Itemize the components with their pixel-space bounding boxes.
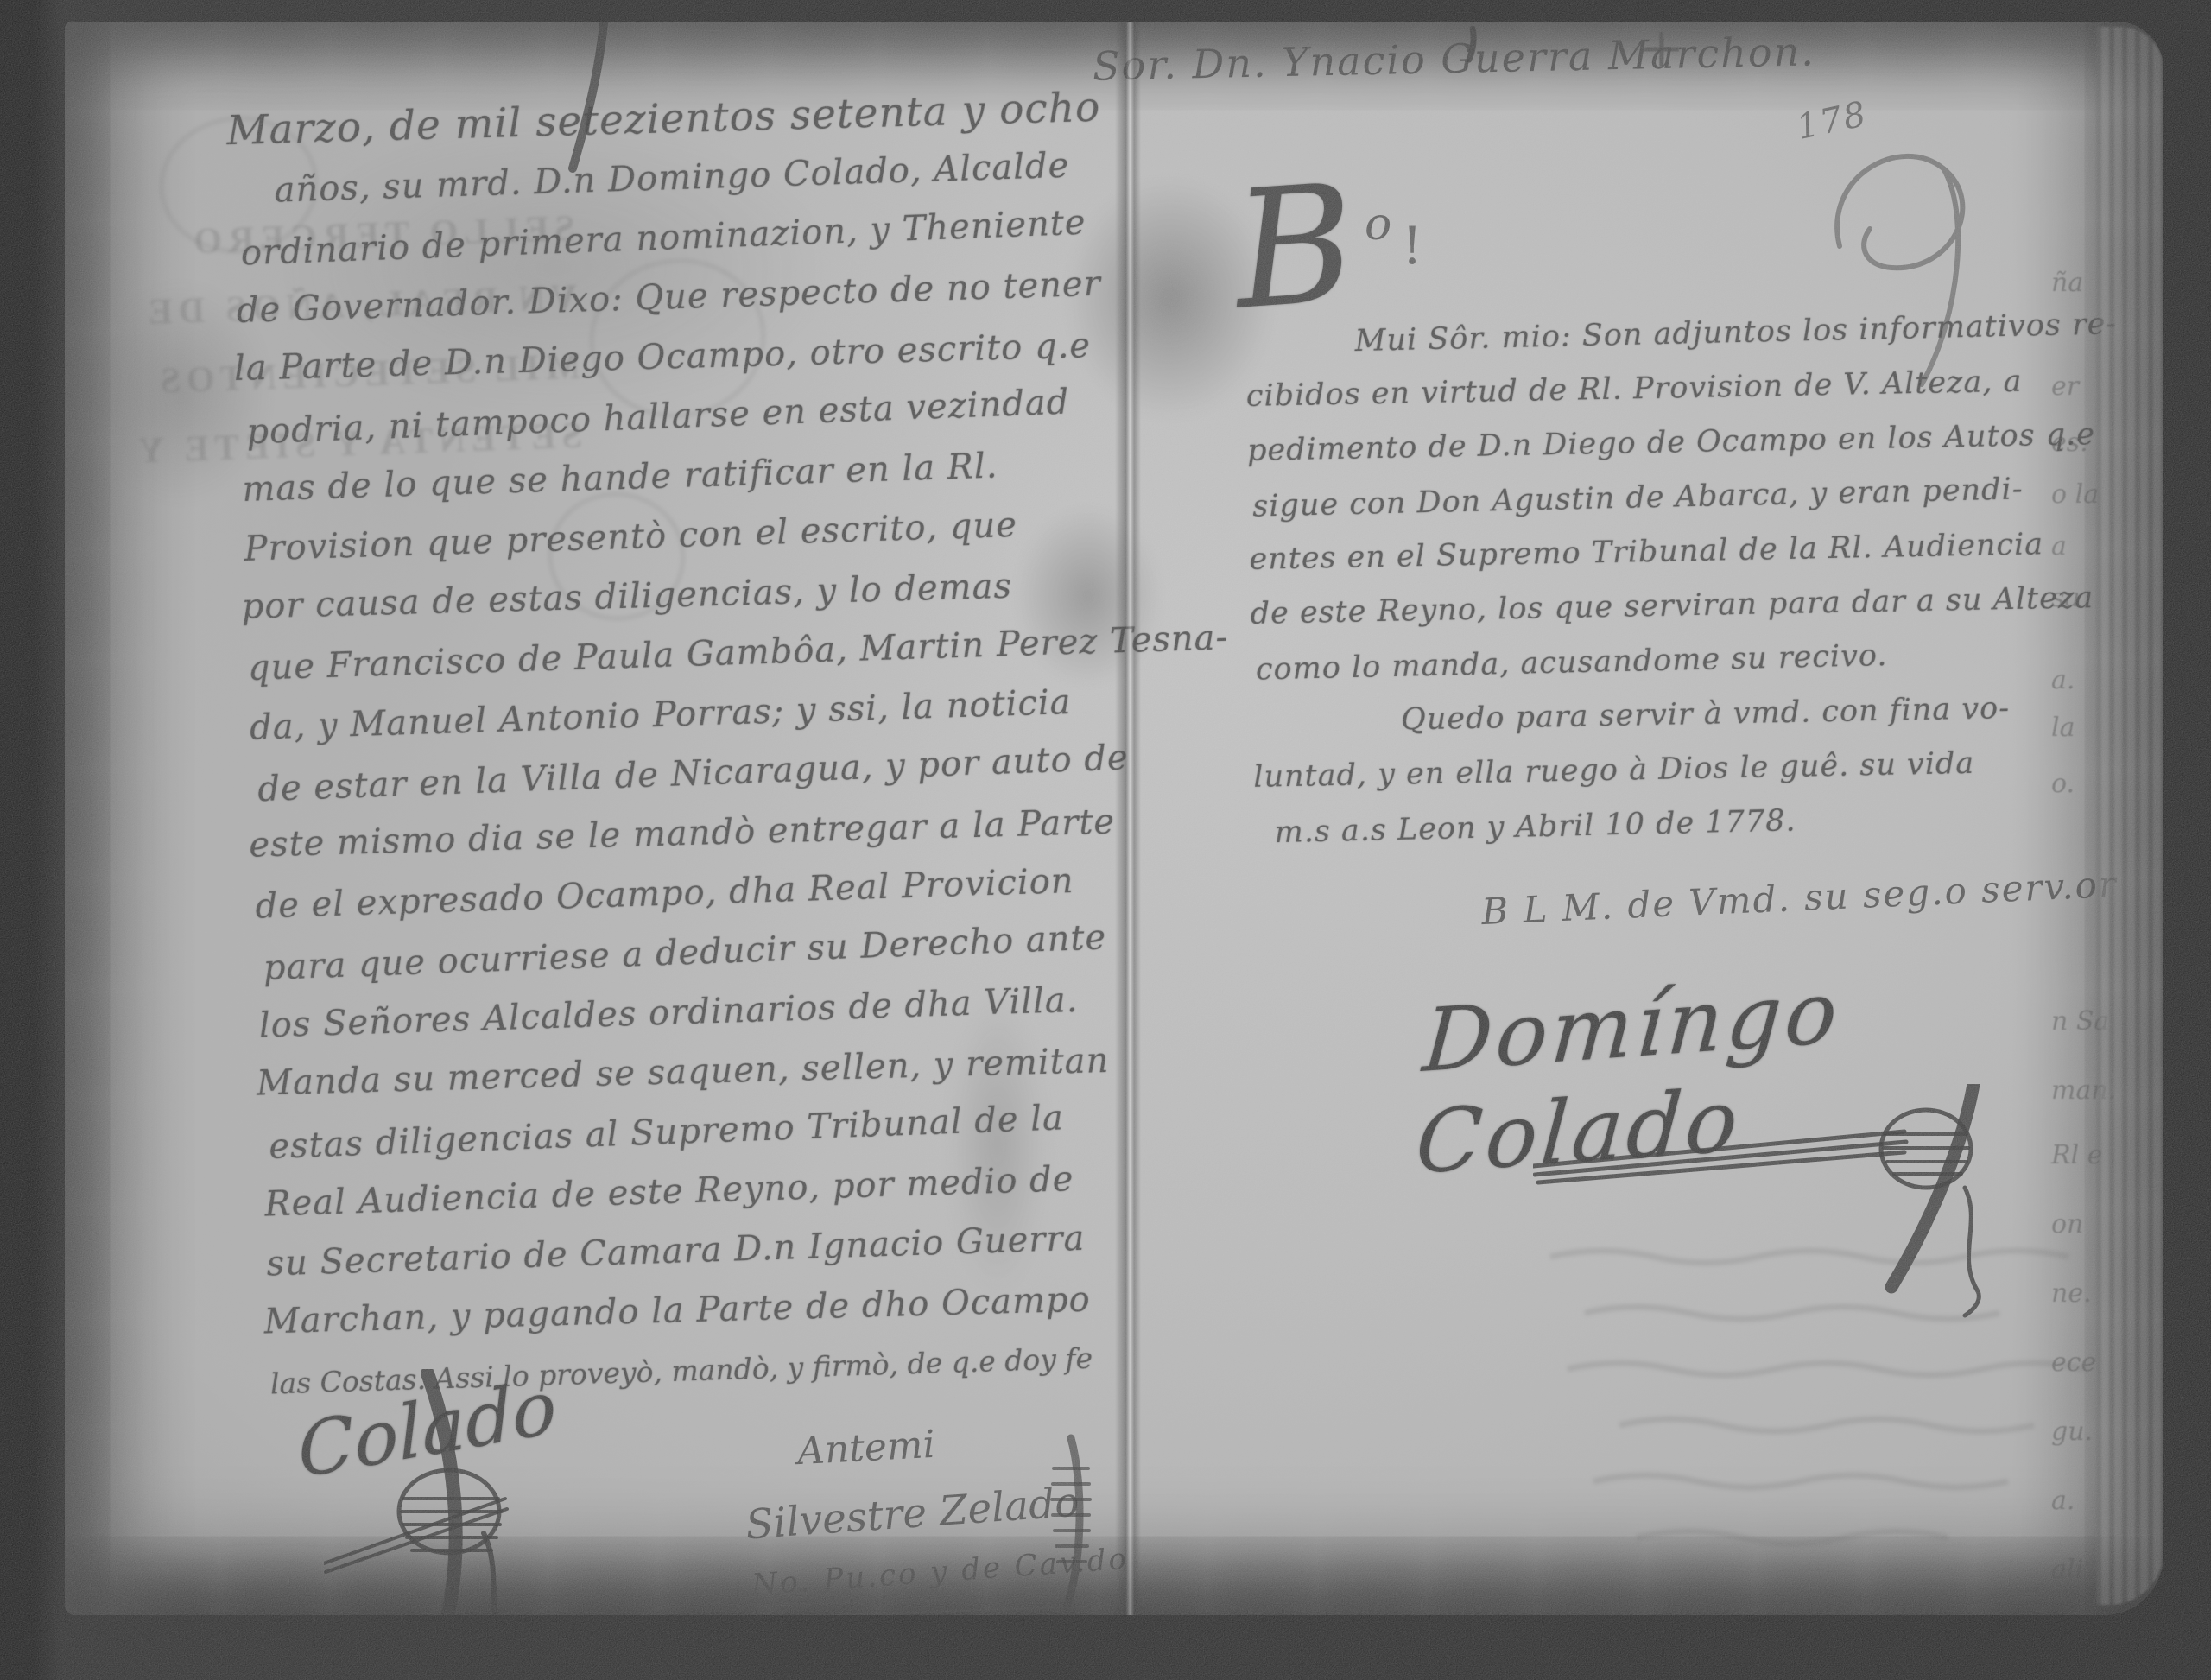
margin-fragment: er bbox=[2051, 371, 2079, 402]
opening-initial: B bbox=[1230, 162, 1360, 333]
margin-fragment: sa bbox=[2051, 583, 2080, 613]
antemi-label: Antemi bbox=[796, 1423, 936, 1474]
opening-initial-superscript: o bbox=[1365, 199, 1391, 250]
margin-fragment: a bbox=[2051, 531, 2067, 561]
margin-fragment: ali bbox=[2051, 1555, 2083, 1585]
margin-fragment: es. bbox=[2051, 428, 2088, 458]
margin-fragment: on bbox=[2051, 1209, 2083, 1239]
margin-fragment: Rl e bbox=[2051, 1140, 2102, 1170]
book-gutter-fold bbox=[1115, 22, 1141, 1615]
bottom-bleed-text: ene oma en los autos que sigo contra Don… bbox=[1220, 1587, 2163, 1615]
left-page-text: Marzo, de mil setezientos setenta y ocho… bbox=[230, 76, 1143, 1414]
right-page-text: Mui Sôr. mio: Son adjuntos los informati… bbox=[1245, 298, 2144, 859]
margin-fragment: o. bbox=[2051, 769, 2075, 799]
margin-fragment: ece bbox=[2051, 1347, 2096, 1378]
margin-fragment: a. bbox=[2051, 1486, 2075, 1516]
margin-fragment: gu. bbox=[2051, 1417, 2093, 1447]
addressee-line: Sor. Dn. Ynacio Guerra Marchon. bbox=[1093, 28, 1816, 90]
page-edge-stack bbox=[2096, 27, 2163, 1605]
scanned-manuscript-photo: SELLO TERCEROVN REAL, AÑOS DEMIL SETECIE… bbox=[0, 0, 2211, 1680]
margin-fragment: ne. bbox=[2051, 1278, 2092, 1309]
folio-number: 178 bbox=[1793, 94, 1871, 148]
notary-signature: Silvestre Zelado bbox=[744, 1479, 1081, 1550]
margin-fragment: ña bbox=[2051, 268, 2083, 298]
book-spread: SELLO TERCEROVN REAL, AÑOS DEMIL SETECIE… bbox=[65, 22, 2163, 1615]
margin-fragment: a. bbox=[2051, 665, 2075, 695]
margin-fragment: o la bbox=[2051, 479, 2099, 510]
margin-fragment: la bbox=[2051, 713, 2075, 743]
cross-mark: + bbox=[1638, 22, 1685, 80]
valediction-line: B L M. de Vmd. su seg.o serv.or bbox=[1480, 863, 2119, 933]
opening-initial-mark: ! bbox=[1402, 216, 1422, 276]
